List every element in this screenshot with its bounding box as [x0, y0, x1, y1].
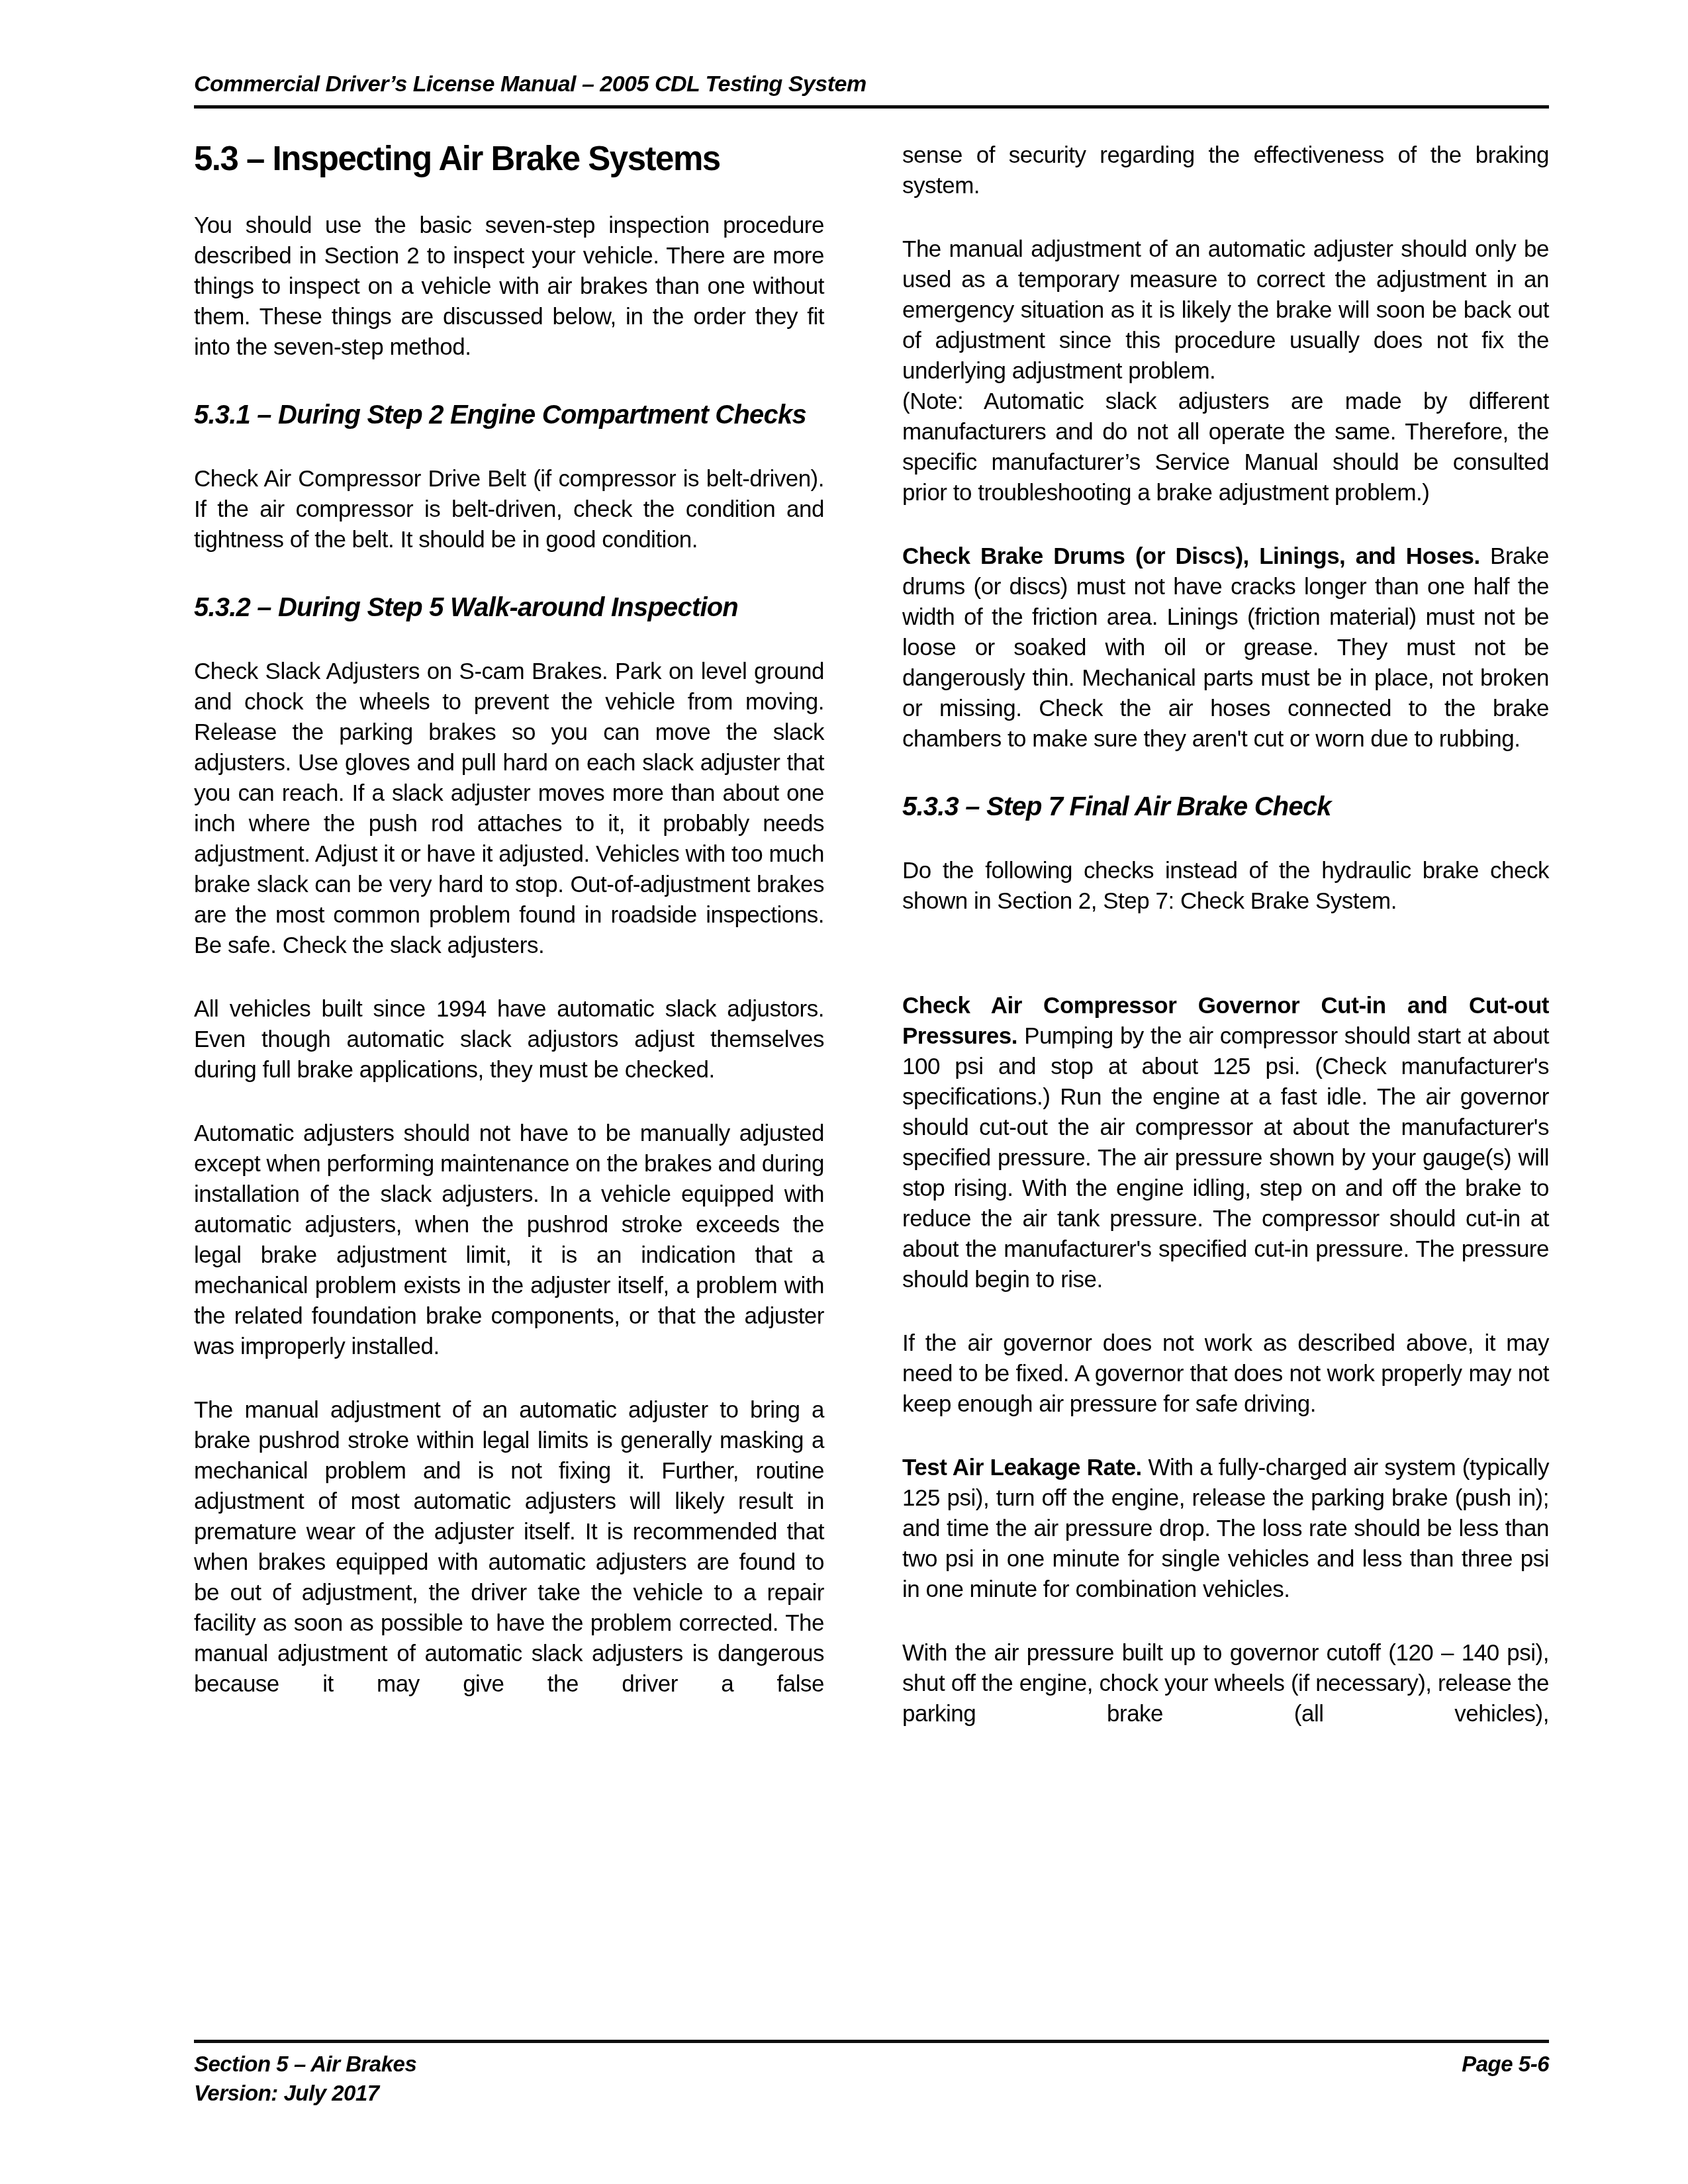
paragraph-continuation-sense-of-security: sense of security regarding the effectiv…	[902, 140, 1549, 201]
paragraph-automatic-slack-1994: All vehicles built since 1994 have autom…	[194, 994, 824, 1085]
paragraph-lead-check-brake-drums: Check Brake Drums (or Discs), Linings, a…	[902, 543, 1480, 569]
paragraph-governor-fix: If the air governor does not work as des…	[902, 1328, 1549, 1420]
paragraph-text-governor-pressures: Pumping by the air compressor should sta…	[902, 1023, 1549, 1293]
document-page: Commercial Driver’s License Manual – 200…	[0, 0, 1688, 2184]
subsection-heading-5-3-3: 5.3.3 – Step 7 Final Air Brake Check	[902, 792, 1549, 823]
paragraph-intro: You should use the basic seven-step insp…	[194, 210, 824, 363]
paragraph-air-leakage-rate: Test Air Leakage Rate. With a fully-char…	[902, 1453, 1549, 1605]
column-right: sense of security regarding the effectiv…	[902, 140, 1549, 1729]
paragraph-text-check-brake-drums: Brake drums (or discs) must not have cra…	[902, 543, 1549, 752]
paragraph-lead-air-leakage-rate: Test Air Leakage Rate.	[902, 1455, 1142, 1480]
page-header: Commercial Driver’s License Manual – 200…	[194, 71, 1549, 109]
paragraph-final-air-brake-check-intro: Do the following checks instead of the h…	[902, 856, 1549, 917]
paragraph-slack-adjusters: Check Slack Adjusters on S-cam Brakes. P…	[194, 657, 824, 961]
footer-section-label: Section 5 – Air Brakes	[194, 2050, 416, 2079]
column-left: 5.3 – Inspecting Air Brake Systems You s…	[194, 140, 824, 1729]
section-title-5-3: 5.3 – Inspecting Air Brake Systems	[194, 140, 824, 177]
subsection-heading-5-3-2: 5.3.2 – During Step 5 Walk-around Inspec…	[194, 592, 824, 623]
two-column-body: 5.3 – Inspecting Air Brake Systems You s…	[194, 140, 1549, 1729]
footer-version-label: Version: July 2017	[194, 2079, 416, 2108]
page-header-title: Commercial Driver’s License Manual – 200…	[194, 71, 1549, 97]
paragraph-note-manufacturers: (Note: Automatic slack adjusters are mad…	[902, 387, 1549, 508]
paragraph-automatic-adjusters-manual: Automatic adjusters should not have to b…	[194, 1118, 824, 1362]
footer-left-block: Section 5 – Air Brakes Version: July 201…	[194, 2050, 416, 2108]
paragraph-governor-cutoff-column-cut: With the air pressure built up to govern…	[902, 1638, 1549, 1729]
paragraph-check-brake-drums: Check Brake Drums (or Discs), Linings, a…	[902, 541, 1549, 754]
paragraph-manual-adjustment-column-cut: The manual adjustment of an automatic ad…	[194, 1395, 824, 1700]
paragraph-drive-belt: Check Air Compressor Drive Belt (if comp…	[194, 464, 824, 555]
subsection-heading-5-3-1: 5.3.1 – During Step 2 Engine Compartment…	[194, 400, 824, 431]
paragraph-temporary-measure: The manual adjustment of an automatic ad…	[902, 234, 1549, 387]
paragraph-governor-pressures: Check Air Compressor Governor Cut-in and…	[902, 991, 1549, 1295]
footer-page-number: Page 5-6	[1462, 2050, 1549, 2079]
page-footer: Section 5 – Air Brakes Version: July 201…	[194, 2040, 1549, 2108]
